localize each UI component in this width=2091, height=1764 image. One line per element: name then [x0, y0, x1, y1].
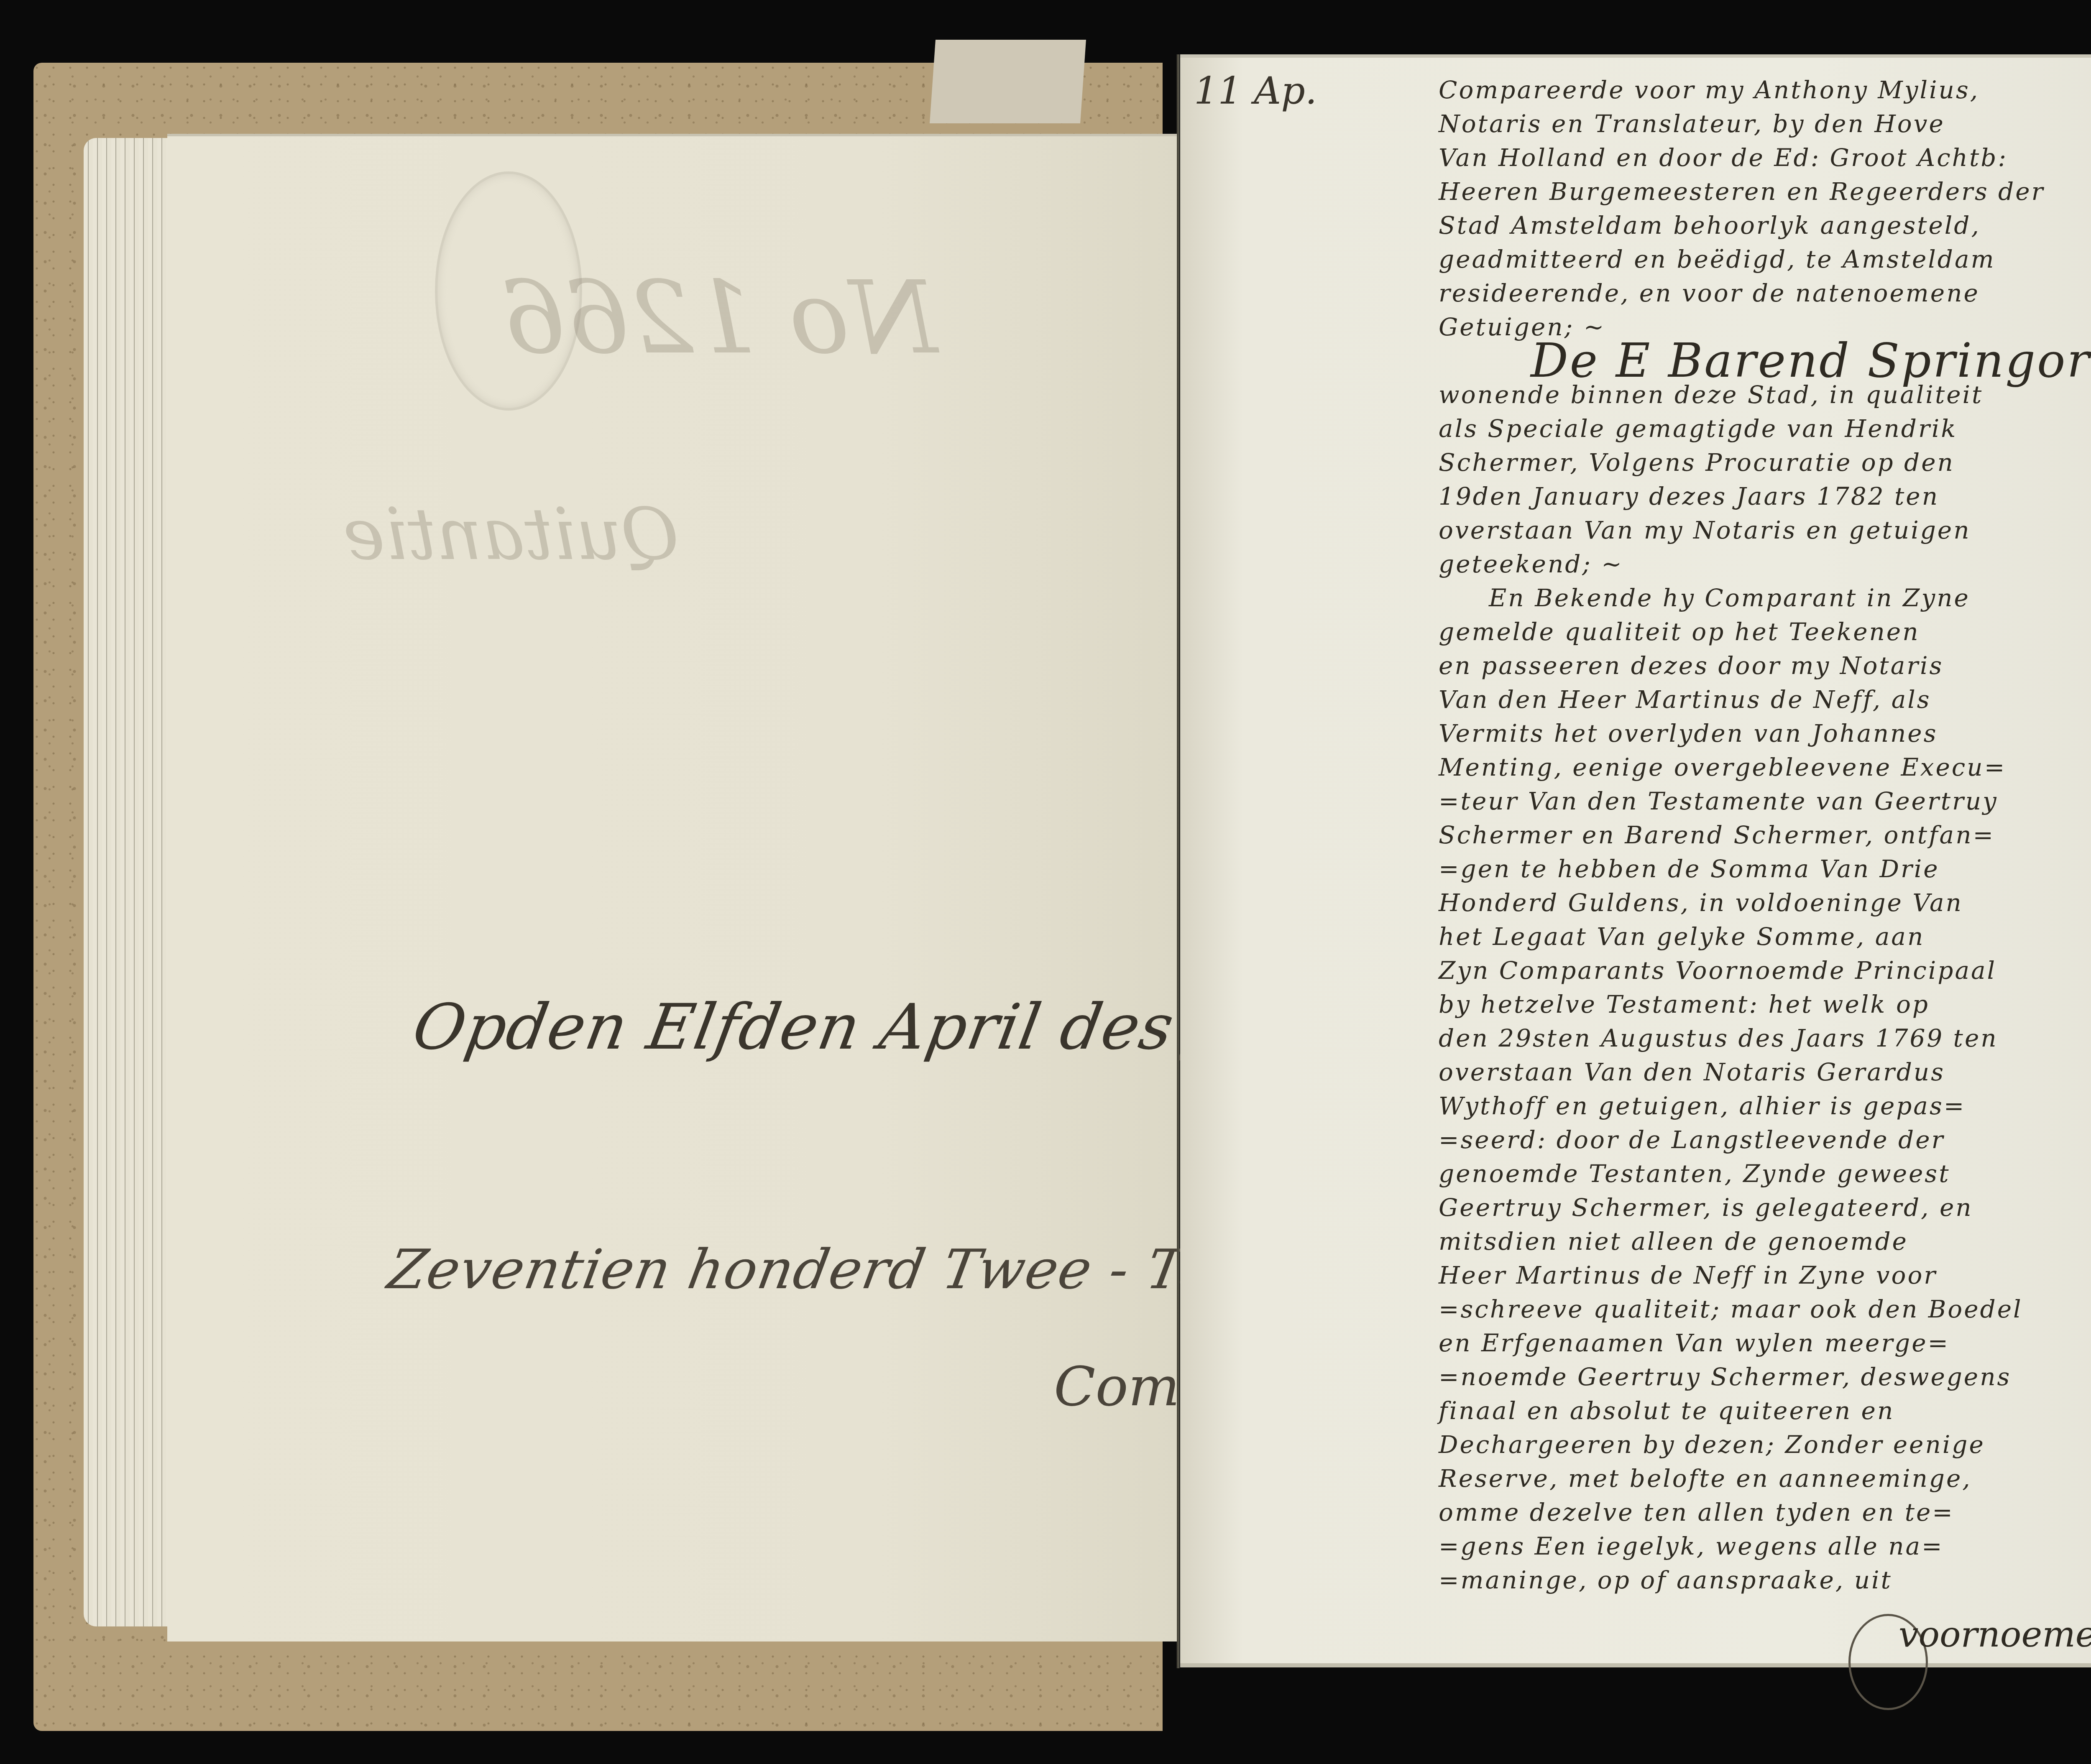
- text-line: =seerd: door de Langstleevende der: [1439, 1123, 2091, 1157]
- text-line: resideerende, en voor de natenoemene: [1439, 276, 2091, 310]
- text-line: Vermits het overlyden van Johannes: [1439, 717, 2091, 751]
- text-line: Menting, eenige overgebleevene Execu=: [1439, 751, 2091, 784]
- text-line: Schermer, Volgens Procuratie op den: [1439, 446, 2091, 480]
- text-line: De E Barend Springorum,: [1439, 344, 2091, 378]
- text-line: en passeeren dezes door my Notaris: [1439, 649, 2091, 683]
- text-line: Geertruy Schermer, is gelegateerd, en: [1439, 1191, 2091, 1225]
- text-line: =noemde Geertruy Schermer, deswegens: [1439, 1360, 2091, 1394]
- text-line: genoemde Testanten, Zynde geweest: [1439, 1157, 2091, 1191]
- text-line: Heer Martinus de Neff in Zyne voor: [1439, 1259, 2091, 1292]
- right-page-catchword: voornoemen: [1899, 1614, 2091, 1655]
- text-line: =maninge, op of aanspraake, uit: [1439, 1563, 2091, 1597]
- text-line: Compareerde voor my Anthony Mylius,: [1439, 73, 2091, 107]
- text-line: mitsdien niet alleen de genoemde: [1439, 1225, 2091, 1259]
- text-line: Honderd Guldens, in voldoeninge Van: [1439, 886, 2091, 920]
- text-line: geadmitteerd en beëdigd, te Amsteldam: [1439, 243, 2091, 276]
- text-line: den 29sten Augustus des Jaars 1769 ten: [1439, 1021, 2091, 1055]
- text-line: en Erfgenaamen Van wylen meerge=: [1439, 1326, 2091, 1360]
- text-line: =gen te hebben de Somma Van Drie: [1439, 852, 2091, 886]
- text-line: by hetzelve Testament: het welk op: [1439, 988, 2091, 1021]
- text-line: als Speciale gemagtigde van Hendrik: [1439, 412, 2091, 446]
- bleed-through-number: No 1266: [502, 259, 938, 376]
- text-line: Heeren Burgemeesteren en Regeerders der: [1439, 175, 2091, 209]
- text-line: =gens Een iegelyk, wegens alle na=: [1439, 1529, 2091, 1563]
- text-line: Zyn Comparants Voornoemde Principaal: [1439, 954, 2091, 988]
- text-line: 19den January dezes Jaars 1782 ten: [1439, 480, 2091, 513]
- right-page-text: Compareerde voor my Anthony Mylius, Nota…: [1439, 73, 2091, 1597]
- text-line: geteekend; ~: [1439, 547, 2091, 581]
- page-stack-left: [84, 138, 167, 1626]
- text-line: Stad Amsteldam behoorlyk aangesteld,: [1439, 209, 2091, 243]
- text-line: finaal en absolut te quiteeren en: [1439, 1394, 2091, 1428]
- text-line: Reserve, met belofte en aanneeminge,: [1439, 1462, 2091, 1496]
- text-line: omme dezelve ten allen tyden en te=: [1439, 1496, 2091, 1529]
- paper-tab: [930, 40, 1086, 123]
- text-line: =teur Van den Testamente van Geertruy: [1439, 784, 2091, 818]
- text-line: En Bekende hy Comparant in Zyne: [1439, 581, 2091, 615]
- bleed-through-word: Quitantie: [343, 493, 680, 576]
- margin-date-note: 11 Ap.: [1194, 69, 1317, 113]
- text-line: Van den Heer Martinus de Neff, als: [1439, 683, 2091, 717]
- text-line: =schreeve qualiteit; maar ook den Boedel: [1439, 1292, 2091, 1326]
- text-line: gemelde qualiteit op het Teekenen: [1439, 615, 2091, 649]
- text-line: het Legaat Van gelyke Somme, aan: [1439, 920, 2091, 954]
- left-page-catchword: Com: [1054, 1355, 1180, 1418]
- text-line: Schermer en Barend Schermer, ontfan=: [1439, 818, 2091, 852]
- text-line: Van Holland en door de Ed: Groot Achtb:: [1439, 141, 2091, 175]
- text-line: overstaan Van my Notaris en getuigen: [1439, 513, 2091, 547]
- text-line: Notaris en Translateur, by den Hove: [1439, 107, 2091, 141]
- text-line: Dechargeeren by dezen; Zonder eenige: [1439, 1428, 2091, 1462]
- text-line: Wythoff en getuigen, alhier is gepas=: [1439, 1089, 2091, 1123]
- text-line: overstaan Van den Notaris Gerardus: [1439, 1055, 2091, 1089]
- book-gutter: [1177, 54, 1179, 1668]
